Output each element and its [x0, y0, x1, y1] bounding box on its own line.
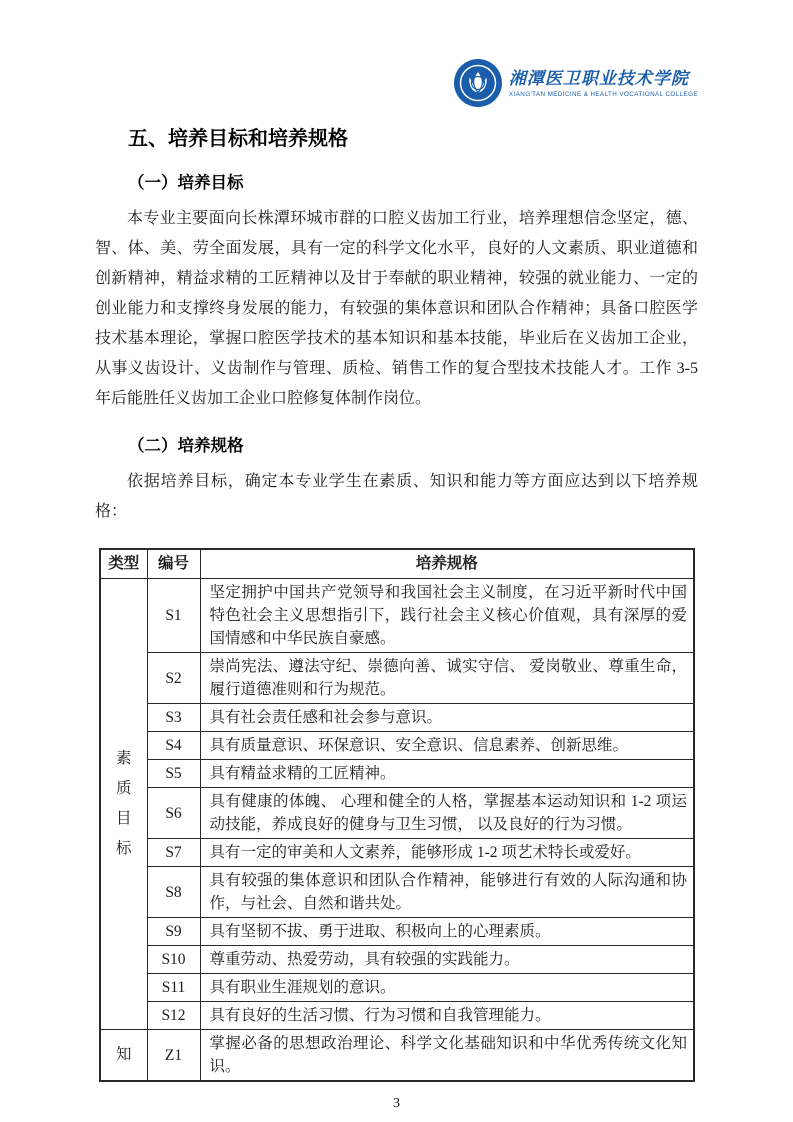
spec-text-cell: 具有质量意识、环保意识、安全意识、信息素养、创新思维。 — [200, 732, 694, 760]
college-logo: 湘潭医卫职业技术学院 XIANG'TAN MEDICINE & HEALTH V… — [453, 56, 698, 110]
spec-text-cell: 尊重劳动、热爱劳动，具有较强的实践能力。 — [200, 946, 694, 974]
spec-code-cell: S4 — [147, 732, 200, 760]
table-row: S5具有精益求精的工匠精神。 — [100, 760, 694, 788]
table-row: S9具有坚韧不拔、勇于进取、积极向上的心理素质。 — [100, 918, 694, 946]
table-row: S12具有良好的生活习惯、行为习惯和自我管理能力。 — [100, 1002, 694, 1030]
column-header-type: 类型 — [100, 549, 147, 579]
spec-code-cell: S7 — [147, 839, 200, 867]
college-name-cn: 湘潭医卫职业技术学院 — [509, 69, 698, 89]
spec-code-cell: S3 — [147, 704, 200, 732]
spec-code-cell: S9 — [147, 918, 200, 946]
college-emblem-icon — [453, 58, 503, 108]
table-row: S11具有职业生涯规划的意识。 — [100, 974, 694, 1002]
spec-code-cell: S11 — [147, 974, 200, 1002]
table-row: S2崇尚宪法、遵法守纪、崇德向善、诚实守信、 爱岗敬业、尊重生命， 履行道德准则… — [100, 653, 694, 704]
spec-text-cell: 具有职业生涯规划的意识。 — [200, 974, 694, 1002]
table-row: S4具有质量意识、环保意识、安全意识、信息素养、创新思维。 — [100, 732, 694, 760]
spec-code-cell: S6 — [147, 788, 200, 839]
spec-text-cell: 具有良好的生活习惯、行为习惯和自我管理能力。 — [200, 1002, 694, 1030]
spec-intro-paragraph: 依据培养目标，确定本专业学生在素质、知识和能力等方面应达到以下培养规格： — [95, 467, 698, 527]
spec-text-cell: 具有社会责任感和社会参与意识。 — [200, 704, 694, 732]
spec-text-cell: 具有一定的审美和人文素养，能够形成 1-2 项艺术特长或爱好。 — [200, 839, 694, 867]
spec-text-cell: 坚定拥护中国共产党领导和我国社会主义制度，在习近平新时代中国特色社会主义思想指引… — [200, 579, 694, 653]
document-page: 湘潭医卫职业技术学院 XIANG'TAN MEDICINE & HEALTH V… — [0, 0, 793, 1122]
page-header: 湘潭医卫职业技术学院 XIANG'TAN MEDICINE & HEALTH V… — [95, 56, 698, 110]
spec-text-cell: 具有精益求精的工匠精神。 — [200, 760, 694, 788]
table-row: S3具有社会责任感和社会参与意识。 — [100, 704, 694, 732]
section-heading: 五、培养目标和培养规格 — [128, 122, 698, 151]
spec-code-cell: S8 — [147, 867, 200, 918]
column-header-code: 编号 — [147, 549, 200, 579]
table-row: S7具有一定的审美和人文素养，能够形成 1-2 项艺术特长或爱好。 — [100, 839, 694, 867]
table-header-row: 类型 编号 培养规格 — [100, 549, 694, 579]
spec-code-cell: S1 — [147, 579, 200, 653]
table-row: 知Z1掌握必备的思想政治理论、科学文化基础知识和中华优秀传统文化知识。 — [100, 1030, 694, 1082]
spec-text-cell: 掌握必备的思想政治理论、科学文化基础知识和中华优秀传统文化知识。 — [200, 1030, 694, 1082]
subsection-heading-goal: （一）培养目标 — [128, 169, 698, 193]
table-row: S10尊重劳动、热爱劳动，具有较强的实践能力。 — [100, 946, 694, 974]
subsection-heading-spec: （二）培养规格 — [128, 432, 698, 456]
type-group-cell: 知 — [100, 1030, 147, 1082]
spec-text-cell: 具有健康的体魄、 心理和健全的人格，掌握基本运动知识和 1-2 项运动技能，养成… — [200, 788, 694, 839]
table-row: S6具有健康的体魄、 心理和健全的人格，掌握基本运动知识和 1-2 项运动技能，… — [100, 788, 694, 839]
college-name-en: XIANG'TAN MEDICINE & HEALTH VOCATIONAL C… — [509, 91, 698, 98]
spec-text-cell: 崇尚宪法、遵法守纪、崇德向善、诚实守信、 爱岗敬业、尊重生命， 履行道德准则和行… — [200, 653, 694, 704]
page-number: 3 — [95, 1096, 698, 1112]
column-header-spec: 培养规格 — [200, 549, 694, 579]
spec-text-cell: 具有坚韧不拔、勇于进取、积极向上的心理素质。 — [200, 918, 694, 946]
spec-code-cell: Z1 — [147, 1030, 200, 1082]
table-row: 素质目标S1坚定拥护中国共产党领导和我国社会主义制度，在习近平新时代中国特色社会… — [100, 579, 694, 653]
spec-code-cell: S10 — [147, 946, 200, 974]
spec-code-cell: S12 — [147, 1002, 200, 1030]
table-row: S8具有较强的集体意识和团队合作精神，能够进行有效的人际沟通和协作，与社会、自然… — [100, 867, 694, 918]
spec-text-cell: 具有较强的集体意识和团队合作精神，能够进行有效的人际沟通和协作，与社会、自然和谐… — [200, 867, 694, 918]
spec-code-cell: S5 — [147, 760, 200, 788]
training-goal-paragraph: 本专业主要面向长株潭环城市群的口腔义齿加工行业，培养理想信念坚定，德、智、体、美… — [95, 204, 698, 414]
spec-code-cell: S2 — [147, 653, 200, 704]
type-group-cell: 素质目标 — [100, 579, 147, 1030]
training-spec-table: 类型 编号 培养规格 素质目标S1坚定拥护中国共产党领导和我国社会主义制度，在习… — [99, 548, 695, 1082]
college-name-block: 湘潭医卫职业技术学院 XIANG'TAN MEDICINE & HEALTH V… — [509, 69, 698, 98]
